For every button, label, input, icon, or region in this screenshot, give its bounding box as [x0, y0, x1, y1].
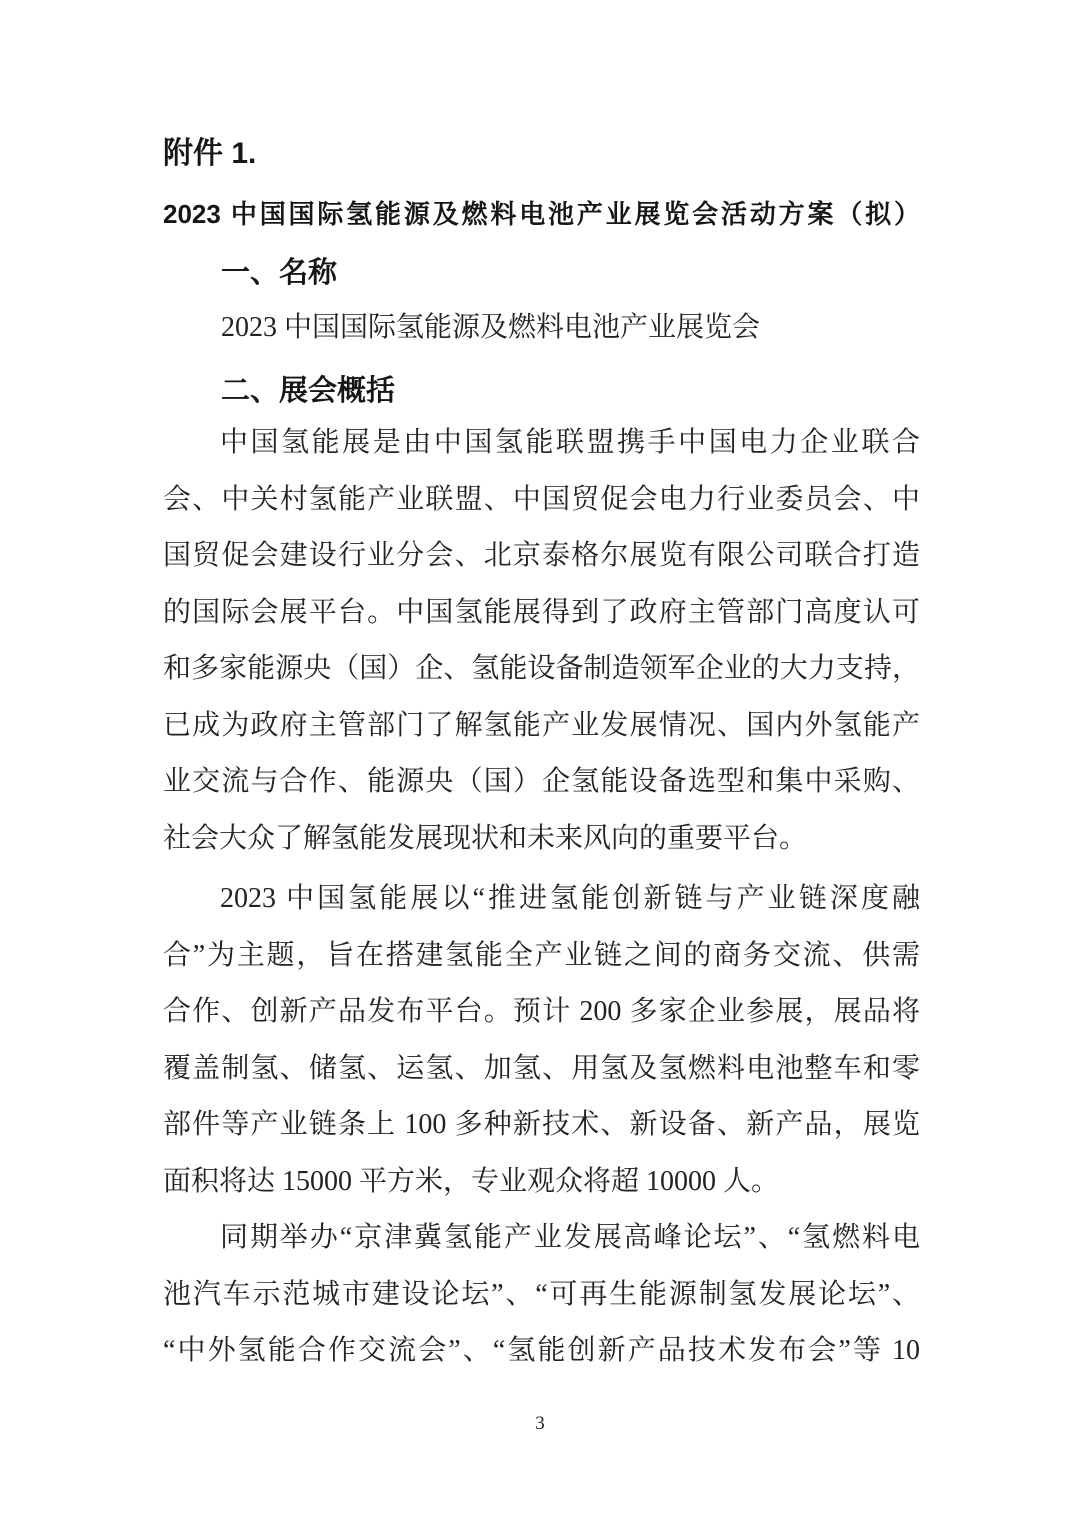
page-number: 3: [0, 1412, 1080, 1436]
section-heading-1: 一、名称: [163, 254, 920, 292]
text-line: 同期举办“京津冀氢能产业发展高峰论坛”、“氢燃料电: [163, 1210, 920, 1267]
paragraph-1: 中国氢能展是由中国氢能联盟携手中国电力企业联合 会、中关村氢能产业联盟、中国贸促…: [163, 415, 920, 867]
text-line: 合作、创新产品发布平台。预计 200 多家企业参展，展品将: [163, 984, 920, 1041]
text-line: 面积将达 15000 平方米，专业观众将超 10000 人。: [163, 1154, 920, 1211]
text-line: 社会大众了解氢能发展现状和未来风向的重要平台。: [163, 811, 920, 868]
attachment-label: 附件 1.: [163, 134, 920, 174]
text-line: 的国际会展平台。中国氢能展得到了政府主管部门高度认可: [163, 585, 920, 642]
text-line: “中外氢能合作交流会”、“氢能创新产品技术发布会”等 10: [163, 1323, 920, 1380]
text-line: 池汽车示范城市建设论坛”、“可再生能源制氢发展论坛”、: [163, 1267, 920, 1324]
paragraph-2: 2023 中国氢能展以“推进氢能创新链与产业链深度融 合”为主题，旨在搭建氢能全…: [163, 871, 920, 1210]
text-line: 已成为政府主管部门了解氢能产业发展情况、国内外氢能产: [163, 698, 920, 755]
text-line: 2023 中国氢能展以“推进氢能创新链与产业链深度融: [163, 871, 920, 928]
document-page: 附件 1. 2023 中国国际氢能源及燃料电池产业展览会活动方案（拟） 一、名称…: [0, 0, 1080, 1380]
text-line: 合”为主题，旨在搭建氢能全产业链之间的商务交流、供需: [163, 928, 920, 985]
text-line: 和多家能源央（国）企、氢能设备制造领军企业的大力支持，: [163, 641, 920, 698]
section-heading-2: 二、展会概括: [163, 372, 920, 410]
text-line: 覆盖制氢、储氢、运氢、加氢、用氢及氢燃料电池整车和零: [163, 1041, 920, 1098]
text-line: 会、中关村氢能产业联盟、中国贸促会电力行业委员会、中: [163, 472, 920, 529]
section-1-text: 2023 中国国际氢能源及燃料电池产业展览会: [163, 308, 920, 348]
text-line: 部件等产业链条上 100 多种新技术、新设备、新产品，展览: [163, 1097, 920, 1154]
text-line: 国贸促会建设行业分会、北京泰格尔展览有限公司联合打造: [163, 528, 920, 585]
text-line: 业交流与合作、能源央（国）企氢能设备选型和集中采购、: [163, 754, 920, 811]
document-title: 2023 中国国际氢能源及燃料电池产业展览会活动方案（拟）: [163, 194, 920, 234]
text-line: 中国氢能展是由中国氢能联盟携手中国电力企业联合: [163, 415, 920, 472]
paragraph-3: 同期举办“京津冀氢能产业发展高峰论坛”、“氢燃料电 池汽车示范城市建设论坛”、“…: [163, 1210, 920, 1380]
